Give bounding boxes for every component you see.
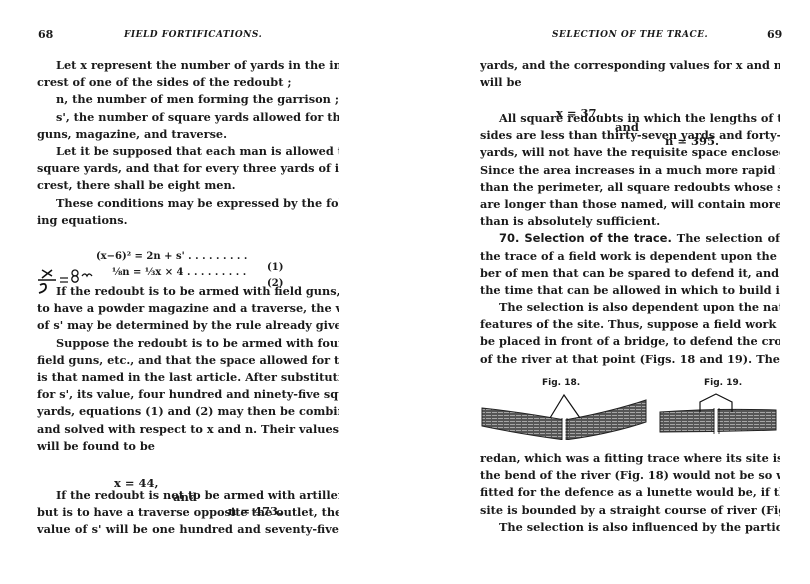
text-line: Suppose the redoubt is to be armed with … bbox=[37, 335, 339, 352]
text-line: will be found to be bbox=[37, 438, 339, 455]
page-number: 69 bbox=[767, 28, 782, 41]
text-line: is that named in the last article. After… bbox=[37, 369, 339, 386]
text-line: All square redoubts in which the lengths… bbox=[480, 110, 780, 127]
figure-18-redan-diagram bbox=[480, 390, 650, 440]
text-line: n, the number of men forming the garriso… bbox=[37, 91, 339, 108]
text-line: yards, and the corresponding values for … bbox=[480, 57, 780, 74]
running-head-title: SELECTION OF THE TRACE. bbox=[552, 30, 708, 40]
paragraph-continuation: yards, and the corresponding values for … bbox=[480, 57, 780, 91]
text-line: guns, magazine, and traverse. bbox=[37, 126, 339, 143]
text-line: than the perimeter, all square redoubts … bbox=[480, 179, 780, 196]
text-line: crest of one of the sides of the redoubt… bbox=[37, 74, 339, 91]
text-line: will be bbox=[480, 74, 780, 91]
text-line: yards, will not have the requisite space… bbox=[480, 144, 780, 161]
text-line: redan, which was a fitting trace where i… bbox=[480, 450, 780, 467]
text-line: features of the site. Thus, suppose a fi… bbox=[480, 316, 780, 333]
text-line: value of s' will be one hundred and seve… bbox=[37, 521, 339, 538]
text-line: to have a powder magazine and a traverse… bbox=[37, 300, 339, 317]
text-line: the bend of the river (Fig. 18) would no… bbox=[480, 467, 780, 484]
text-line: are longer than those named, will contai… bbox=[480, 196, 780, 213]
running-head-title: FIELD FORTIFICATIONS. bbox=[124, 30, 262, 40]
paragraph-field-guns: If the redoubt is to be armed with field… bbox=[37, 283, 339, 455]
text-line: ing equations. bbox=[37, 212, 339, 229]
text-line: yards, equations (1) and (2) may then be… bbox=[37, 403, 339, 420]
equation-expr: ⅛n = ⅓x × 4 . . . . . . . . . bbox=[112, 267, 246, 278]
text-line: field guns, etc., and that the space all… bbox=[37, 352, 339, 369]
right-page: SELECTION OF THE TRACE. 69 yards, and th… bbox=[400, 0, 810, 584]
text-line: the time that can be allowed in which to… bbox=[480, 282, 780, 299]
section-heading-line: 70. Selection of the trace. The selectio… bbox=[480, 230, 780, 247]
page-number: 68 bbox=[38, 28, 53, 41]
text-line: be placed in front of a bridge, to defen… bbox=[480, 333, 780, 350]
left-page: 68 FIELD FORTIFICATIONS. Let x represent… bbox=[0, 0, 400, 584]
text-line: ber of men that can be spared to defend … bbox=[480, 265, 780, 282]
figure-19-lunette-diagram bbox=[658, 390, 778, 435]
figure-19-label: Fig. 19. bbox=[704, 378, 742, 388]
text-line: fitted for the defence as a lunette woul… bbox=[480, 484, 780, 501]
paragraph-redan: redan, which was a fitting trace where i… bbox=[480, 450, 780, 536]
text-line: If the redoubt is to be armed with field… bbox=[37, 283, 339, 300]
text-line: for s', its value, four hundred and nine… bbox=[37, 386, 339, 403]
text-line: square yards, and that for every three y… bbox=[37, 160, 339, 177]
text-line: Let x represent the number of yards in t… bbox=[37, 57, 339, 74]
text-line: If the redoubt is not to be armed with a… bbox=[37, 487, 339, 504]
text-line: of the river at that point (Figs. 18 and… bbox=[480, 351, 780, 368]
text-line: site is bounded by a straight course of … bbox=[480, 502, 780, 519]
text-line: Let it be supposed that each man is allo… bbox=[37, 143, 339, 160]
text-span: The selection of bbox=[677, 231, 780, 245]
text-line: These conditions may be expressed by the… bbox=[37, 195, 339, 212]
text-line: and solved with respect to x and n. Thei… bbox=[37, 421, 339, 438]
text-line: than is absolutely sufficient. bbox=[480, 213, 780, 230]
text-line: Since the area increases in a much more … bbox=[480, 162, 780, 179]
equation-label: (1) bbox=[267, 262, 283, 273]
text-line: the trace of a field work is dependent u… bbox=[480, 248, 780, 265]
figure-18-label: Fig. 18. bbox=[542, 378, 580, 388]
paragraph-square-redoubts: All square redoubts in which the lengths… bbox=[480, 110, 780, 368]
paragraph-no-artillery: If the redoubt is not to be armed with a… bbox=[37, 487, 339, 539]
section-heading: 70. Selection of the trace. bbox=[499, 231, 672, 245]
text-line: crest, there shall be eight men. bbox=[37, 177, 339, 194]
text-line: s', the number of square yards allowed f… bbox=[37, 109, 339, 126]
text-line: but is to have a traverse opposite the o… bbox=[37, 504, 339, 521]
paragraph-definitions: Let x represent the number of yards in t… bbox=[37, 57, 339, 229]
text-line: of s' may be determined by the rule alre… bbox=[37, 317, 339, 334]
text-line: The selection is also influenced by the … bbox=[480, 519, 780, 536]
text-line: The selection is also dependent upon the… bbox=[480, 299, 780, 316]
text-line: sides are less than thirty-seven yards a… bbox=[480, 127, 780, 144]
